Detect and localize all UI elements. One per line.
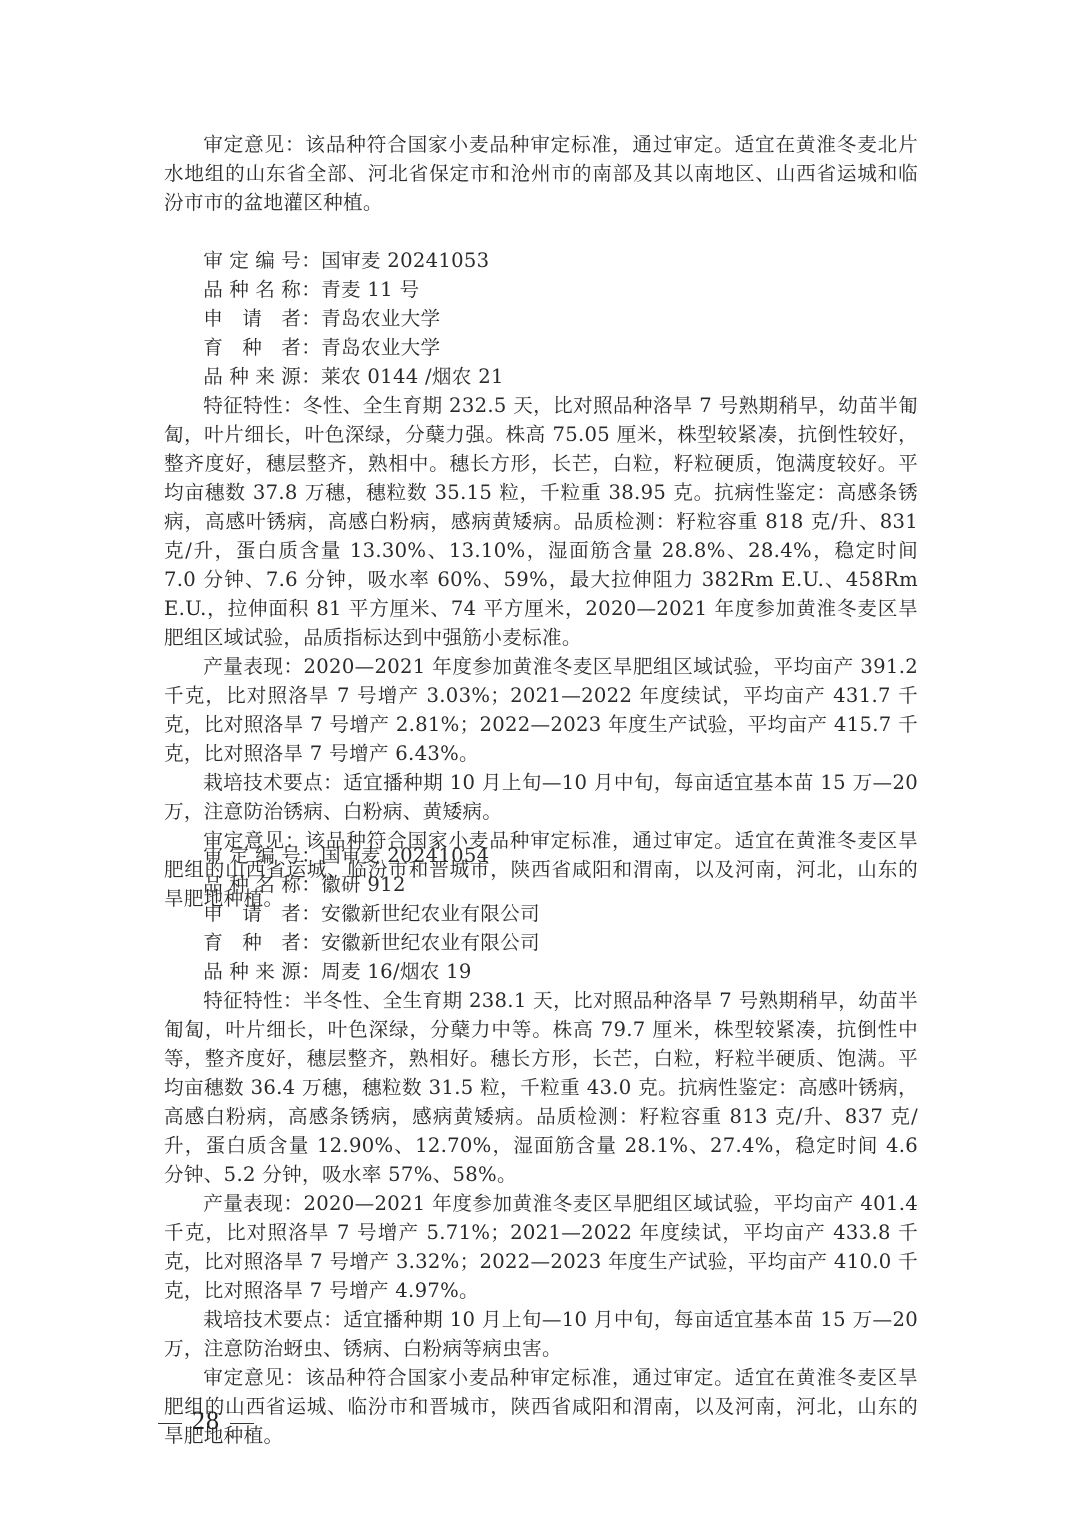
field-variety-source: 品种来源：莱农 0144 /烟农 21	[164, 362, 918, 391]
field-label: 育 种 者	[203, 928, 301, 957]
page-number: 28	[192, 1406, 220, 1435]
field-value: 徽研 912	[321, 873, 406, 896]
field-label: 申 请 者	[203, 304, 301, 333]
field-applicant: 申 请 者：青岛农业大学	[164, 304, 918, 333]
field-label: 审定编号	[203, 246, 301, 275]
page-footer: 28	[148, 1406, 264, 1436]
traits-paragraph: 特征特性：冬性、全生育期 232.5 天，比对照品种洛旱 7 号熟期稍早，幼苗半…	[164, 391, 918, 652]
footer-dash-right	[230, 1423, 254, 1424]
field-value: 安徽新世纪农业有限公司	[321, 931, 540, 954]
variety-block-previous: 审定意见：该品种符合国家小麦品种审定标准，通过审定。适宜在黄淮冬麦北片水地组的山…	[164, 130, 918, 217]
field-value: 国审麦 20241053	[321, 249, 489, 272]
field-approval-number: 审定编号：国审麦 20241054	[164, 841, 918, 870]
field-variety-name: 品种名称：青麦 11 号	[164, 275, 918, 304]
field-variety-source: 品种来源：周麦 16/烟农 19	[164, 957, 918, 986]
yield-paragraph: 产量表现：2020—2021 年度参加黄淮冬麦区旱肥组区域试验，平均亩产 391…	[164, 652, 918, 768]
cultivation-paragraph: 栽培技术要点：适宜播种期 10 月上旬—10 月中旬，每亩适宜基本苗 15 万—…	[164, 1305, 918, 1363]
field-approval-number: 审定编号：国审麦 20241053	[164, 246, 918, 275]
footer-dash-left	[158, 1423, 182, 1424]
approval-opinion: 审定意见：该品种符合国家小麦品种审定标准，通过审定。适宜在黄淮冬麦北片水地组的山…	[164, 130, 918, 217]
field-breeder: 育 种 者：青岛农业大学	[164, 333, 918, 362]
field-label: 品种名称	[203, 275, 301, 304]
field-value: 周麦 16/烟农 19	[321, 960, 472, 983]
field-label: 品种来源	[203, 957, 301, 986]
field-value: 安徽新世纪农业有限公司	[321, 902, 540, 925]
field-breeder: 育 种 者：安徽新世纪农业有限公司	[164, 928, 918, 957]
field-value: 青麦 11 号	[321, 278, 419, 301]
traits-paragraph: 特征特性：半冬性、全生育期 238.1 天，比对照品种洛旱 7 号熟期稍早，幼苗…	[164, 986, 918, 1189]
cultivation-paragraph: 栽培技术要点：适宜播种期 10 月上旬—10 月中旬，每亩适宜基本苗 15 万—…	[164, 768, 918, 826]
field-label: 品种名称	[203, 870, 301, 899]
field-value: 国审麦 20241054	[321, 844, 489, 867]
field-variety-name: 品种名称：徽研 912	[164, 870, 918, 899]
field-label: 品种来源	[203, 362, 301, 391]
field-value: 莱农 0144 /烟农 21	[321, 365, 504, 388]
field-label: 申 请 者	[203, 899, 301, 928]
approval-opinion: 审定意见：该品种符合国家小麦品种审定标准，通过审定。适宜在黄淮冬麦区旱肥组的山西…	[164, 1363, 918, 1450]
variety-block-20241053: 审定编号：国审麦 20241053 品种名称：青麦 11 号 申 请 者：青岛农…	[164, 246, 918, 913]
field-value: 青岛农业大学	[321, 336, 440, 359]
field-label: 育 种 者	[203, 333, 301, 362]
field-applicant: 申 请 者：安徽新世纪农业有限公司	[164, 899, 918, 928]
yield-paragraph: 产量表现：2020—2021 年度参加黄淮冬麦区旱肥组区域试验，平均亩产 401…	[164, 1189, 918, 1305]
field-value: 青岛农业大学	[321, 307, 440, 330]
field-label: 审定编号	[203, 841, 301, 870]
variety-block-20241054: 审定编号：国审麦 20241054 品种名称：徽研 912 申 请 者：安徽新世…	[164, 841, 918, 1450]
